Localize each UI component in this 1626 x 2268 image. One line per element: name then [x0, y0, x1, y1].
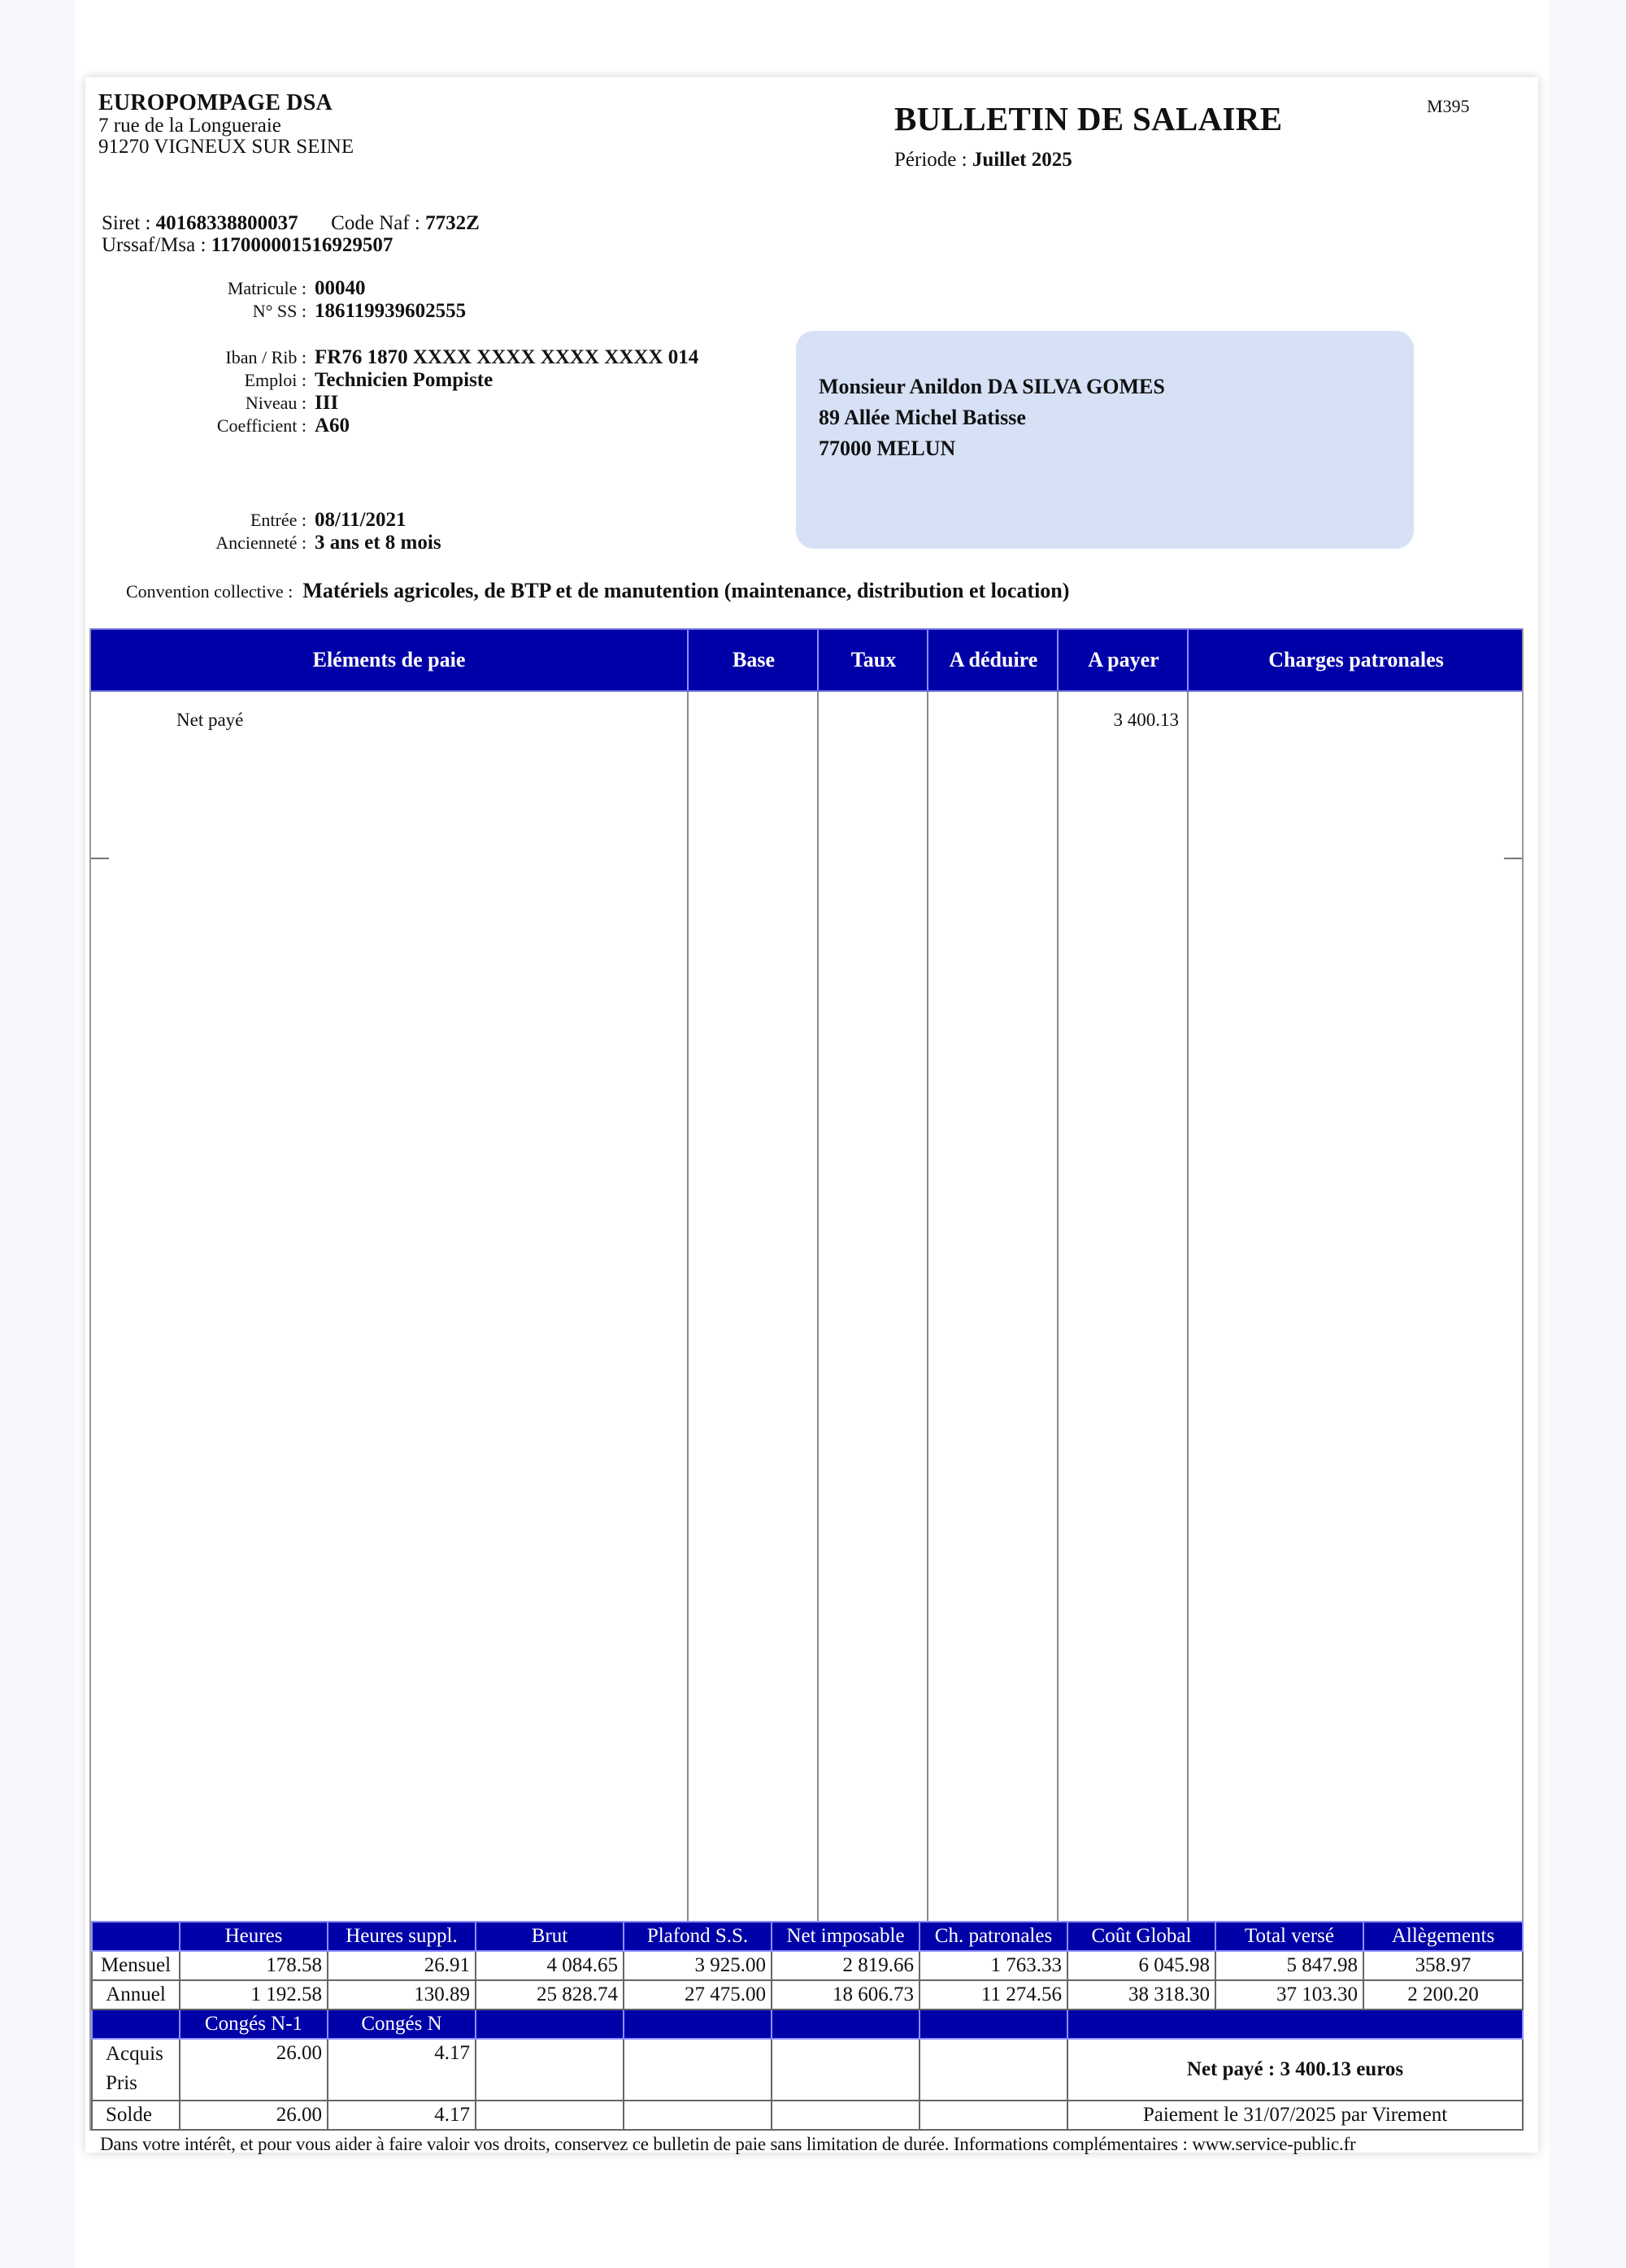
summary-row-mensuel: Mensuel 178.58 26.91 4 084.65 3 925.00 2…	[92, 1951, 1523, 1980]
emploi-label: Emploi :	[79, 369, 315, 392]
company-address-line1: 7 rue de la Longueraie	[98, 115, 281, 137]
urssaf-value: 117000001516929507	[211, 234, 393, 256]
recipient-city: 77000 MELUN	[819, 437, 955, 461]
coefficient-label: Coefficient :	[79, 415, 315, 437]
emploi-value: Technicien Pompiste	[315, 369, 493, 392]
naf-value: 7732Z	[425, 212, 480, 234]
pay-elements-table: Eléments de paie Base Taux A déduire A p…	[89, 628, 1524, 1921]
blank	[920, 2039, 1067, 2101]
convention-collective: Convention collective : Matériels agrico…	[126, 579, 1069, 603]
period: Période : Juillet 2025	[894, 149, 1072, 172]
cell: 37 103.30	[1215, 1980, 1363, 2009]
convention-label: Convention collective :	[126, 581, 293, 602]
cell: 1 763.33	[920, 1951, 1067, 1980]
conges-header-n1: Congés N-1	[180, 2009, 328, 2039]
row-label: Mensuel	[92, 1951, 180, 1980]
niveau-value: III	[315, 392, 338, 415]
conges-acquis-pris-row: Acquis Pris 26.00 4.17 Net payé : 3 400.…	[92, 2039, 1523, 2101]
cell: 130.89	[328, 1980, 476, 2009]
summary-header: Total versé	[1215, 1922, 1363, 1951]
blank	[920, 2009, 1067, 2039]
summary-header: Allègements	[1363, 1922, 1523, 1951]
col-divider	[1057, 628, 1059, 1921]
company-name: EUROPOMPAGE DSA	[98, 90, 333, 116]
pay-elements-header: Eléments de paie Base Taux A déduire A p…	[91, 628, 1522, 692]
siret-label: Siret :	[102, 212, 150, 234]
iban-label: Iban / Rib :	[79, 346, 315, 369]
cell: 27 475.00	[624, 1980, 772, 2009]
blank	[624, 2039, 772, 2101]
recipient-street: 89 Allée Michel Batisse	[819, 406, 1026, 430]
coefficient-value: A60	[315, 415, 350, 437]
cell: 18 606.73	[772, 1980, 920, 2009]
solde-n: 4.17	[328, 2101, 476, 2130]
summary-header: Heures suppl.	[328, 1922, 476, 1951]
blank	[624, 2009, 772, 2039]
matricule-label: Matricule :	[79, 277, 315, 300]
acquis-n1: 26.00	[180, 2039, 328, 2101]
conges-header-row: Congés N-1 Congés N	[92, 2009, 1523, 2039]
solde-n1: 26.00	[180, 2101, 328, 2130]
entree-value: 08/11/2021	[315, 509, 406, 532]
summary-header: Brut	[476, 1922, 624, 1951]
siret-line: Siret : 40168338800037 Code Naf : 7732Z	[102, 212, 480, 235]
summary-block: Heures Heures suppl. Brut Plafond S.S. N…	[89, 1921, 1524, 2131]
convention-value: Matériels agricoles, de BTP et de manute…	[302, 579, 1069, 602]
summary-header: Net imposable	[772, 1922, 920, 1951]
summary-header	[92, 1922, 180, 1951]
summary-header: Ch. patronales	[920, 1922, 1067, 1951]
cell: 2 819.66	[772, 1951, 920, 1980]
fold-mark-left	[91, 858, 109, 859]
period-value: Juillet 2025	[972, 149, 1072, 171]
anciennete-value: 3 ans et 8 mois	[315, 532, 441, 554]
naf-label: Code Naf :	[331, 212, 420, 234]
cell: 6 045.98	[1067, 1951, 1215, 1980]
blank	[920, 2101, 1067, 2130]
blank	[476, 2009, 624, 2039]
blank	[772, 2101, 920, 2130]
net-paye-total: Net payé : 3 400.13 euros	[1067, 2039, 1523, 2101]
employee-job-info: Iban / Rib :FR76 1870 XXXX XXXX XXXX XXX…	[79, 346, 698, 437]
row-element: Net payé	[176, 710, 243, 731]
document-title: BULLETIN DE SALAIRE	[894, 99, 1282, 138]
recipient-name: Monsieur Anildon DA SILVA GOMES	[819, 375, 1165, 399]
summary-table: Heures Heures suppl. Brut Plafond S.S. N…	[91, 1921, 1524, 2131]
header-taux: Taux	[817, 630, 928, 690]
matricule-value: 00040	[315, 277, 366, 300]
fold-mark-right	[1504, 858, 1522, 859]
ss-value: 186119939602555	[315, 300, 466, 323]
label-pris: Pris	[106, 2069, 174, 2098]
conges-solde-row: Solde 26.00 4.17 Paiement le 31/07/2025 …	[92, 2101, 1523, 2130]
cell: 38 318.30	[1067, 1980, 1215, 2009]
header-charges-patronales: Charges patronales	[1187, 630, 1524, 690]
summary-row-annuel: Annuel 1 192.58 130.89 25 828.74 27 475.…	[92, 1980, 1523, 2009]
blank	[1067, 2009, 1523, 2039]
col-divider	[687, 628, 689, 1921]
payment-info: Paiement le 31/07/2025 par Virement	[1067, 2101, 1523, 2130]
iban-value: FR76 1870 XXXX XXXX XXXX XXXX 014	[315, 346, 698, 369]
blank	[476, 2039, 624, 2101]
col-divider	[1187, 628, 1189, 1921]
summary-header: Plafond S.S.	[624, 1922, 772, 1951]
header-elements: Eléments de paie	[91, 630, 687, 690]
payslip-page: EUROPOMPAGE DSA 7 rue de la Longueraie 9…	[85, 77, 1538, 2153]
cell: 5 847.98	[1215, 1951, 1363, 1980]
conges-labels: Acquis Pris	[92, 2039, 180, 2101]
cell: 25 828.74	[476, 1980, 624, 2009]
legal-footnote: Dans votre intérêt, et pour vous aider à…	[100, 2134, 1355, 2155]
col-divider	[927, 628, 928, 1921]
blank	[772, 2009, 920, 2039]
blank	[476, 2101, 624, 2130]
summary-header: Heures	[180, 1922, 328, 1951]
header-a-deduire: A déduire	[927, 630, 1059, 690]
entree-label: Entrée :	[79, 509, 315, 532]
row-a-payer: 3 400.13	[1057, 710, 1179, 731]
cell: 1 192.58	[180, 1980, 328, 2009]
urssaf-label: Urssaf/Msa :	[102, 234, 206, 256]
acquis-n: 4.17	[328, 2039, 476, 2101]
row-label: Annuel	[92, 1980, 180, 2009]
header-base: Base	[687, 630, 819, 690]
siret-value: 40168338800037	[156, 212, 298, 234]
cell: 3 925.00	[624, 1951, 772, 1980]
conges-header-n: Congés N	[328, 2009, 476, 2039]
label-solde: Solde	[92, 2101, 180, 2130]
cell: 26.91	[328, 1951, 476, 1980]
period-label: Période :	[894, 149, 967, 171]
blank	[624, 2101, 772, 2130]
recipient-address-box: Monsieur Anildon DA SILVA GOMES 89 Allée…	[796, 331, 1414, 549]
col-divider	[817, 628, 819, 1921]
header-a-payer: A payer	[1057, 630, 1189, 690]
blank	[92, 2009, 180, 2039]
cell: 2 200.20	[1363, 1980, 1523, 2009]
summary-header-row: Heures Heures suppl. Brut Plafond S.S. N…	[92, 1922, 1523, 1951]
summary-header: Coût Global	[1067, 1922, 1215, 1951]
niveau-label: Niveau :	[79, 392, 315, 415]
blank	[772, 2039, 920, 2101]
label-acquis: Acquis	[106, 2040, 174, 2069]
company-address-line2: 91270 VIGNEUX SUR SEINE	[98, 137, 354, 158]
reference-code: M395	[1427, 96, 1470, 117]
anciennete-label: Ancienneté :	[79, 532, 315, 554]
employee-ids: Matricule :00040 N° SS :186119939602555	[79, 277, 466, 323]
ss-label: N° SS :	[79, 300, 315, 323]
cell: 178.58	[180, 1951, 328, 1980]
urssaf-line: Urssaf/Msa : 117000001516929507	[102, 234, 393, 257]
cell: 11 274.56	[920, 1980, 1067, 2009]
cell: 4 084.65	[476, 1951, 624, 1980]
employee-dates: Entrée :08/11/2021 Ancienneté :3 ans et …	[79, 509, 441, 554]
cell: 358.97	[1363, 1951, 1523, 1980]
